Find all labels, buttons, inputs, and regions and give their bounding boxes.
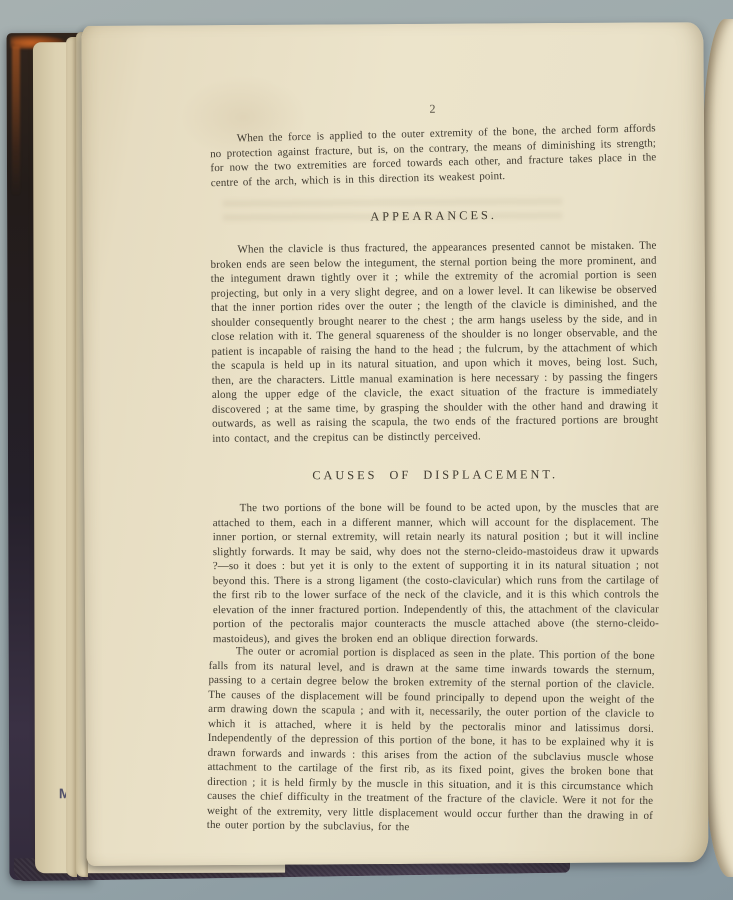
section-heading-causes-of-displacement: CAUSES OF DISPLACEMENT.	[212, 467, 658, 483]
causes-paragraph-2: The outer or acromial portion is displac…	[207, 643, 655, 837]
photo-backdrop: ME 2 When the force is applied to the ou…	[0, 0, 733, 900]
book-page: 2 When the force is applied to the outer…	[81, 22, 708, 866]
appearances-paragraph: When the clavicle is thus fractured, the…	[210, 239, 658, 446]
causes-paragraph-1: The two portions of the bone will be fou…	[213, 500, 659, 646]
intro-paragraph: When the force is applied to the outer e…	[210, 121, 657, 190]
page-text-block: 2 When the force is applied to the outer…	[210, 100, 660, 835]
page-number: 2	[210, 100, 656, 117]
cover-rust-side	[12, 46, 20, 196]
section-heading-appearances: APPEARANCES.	[211, 206, 657, 226]
